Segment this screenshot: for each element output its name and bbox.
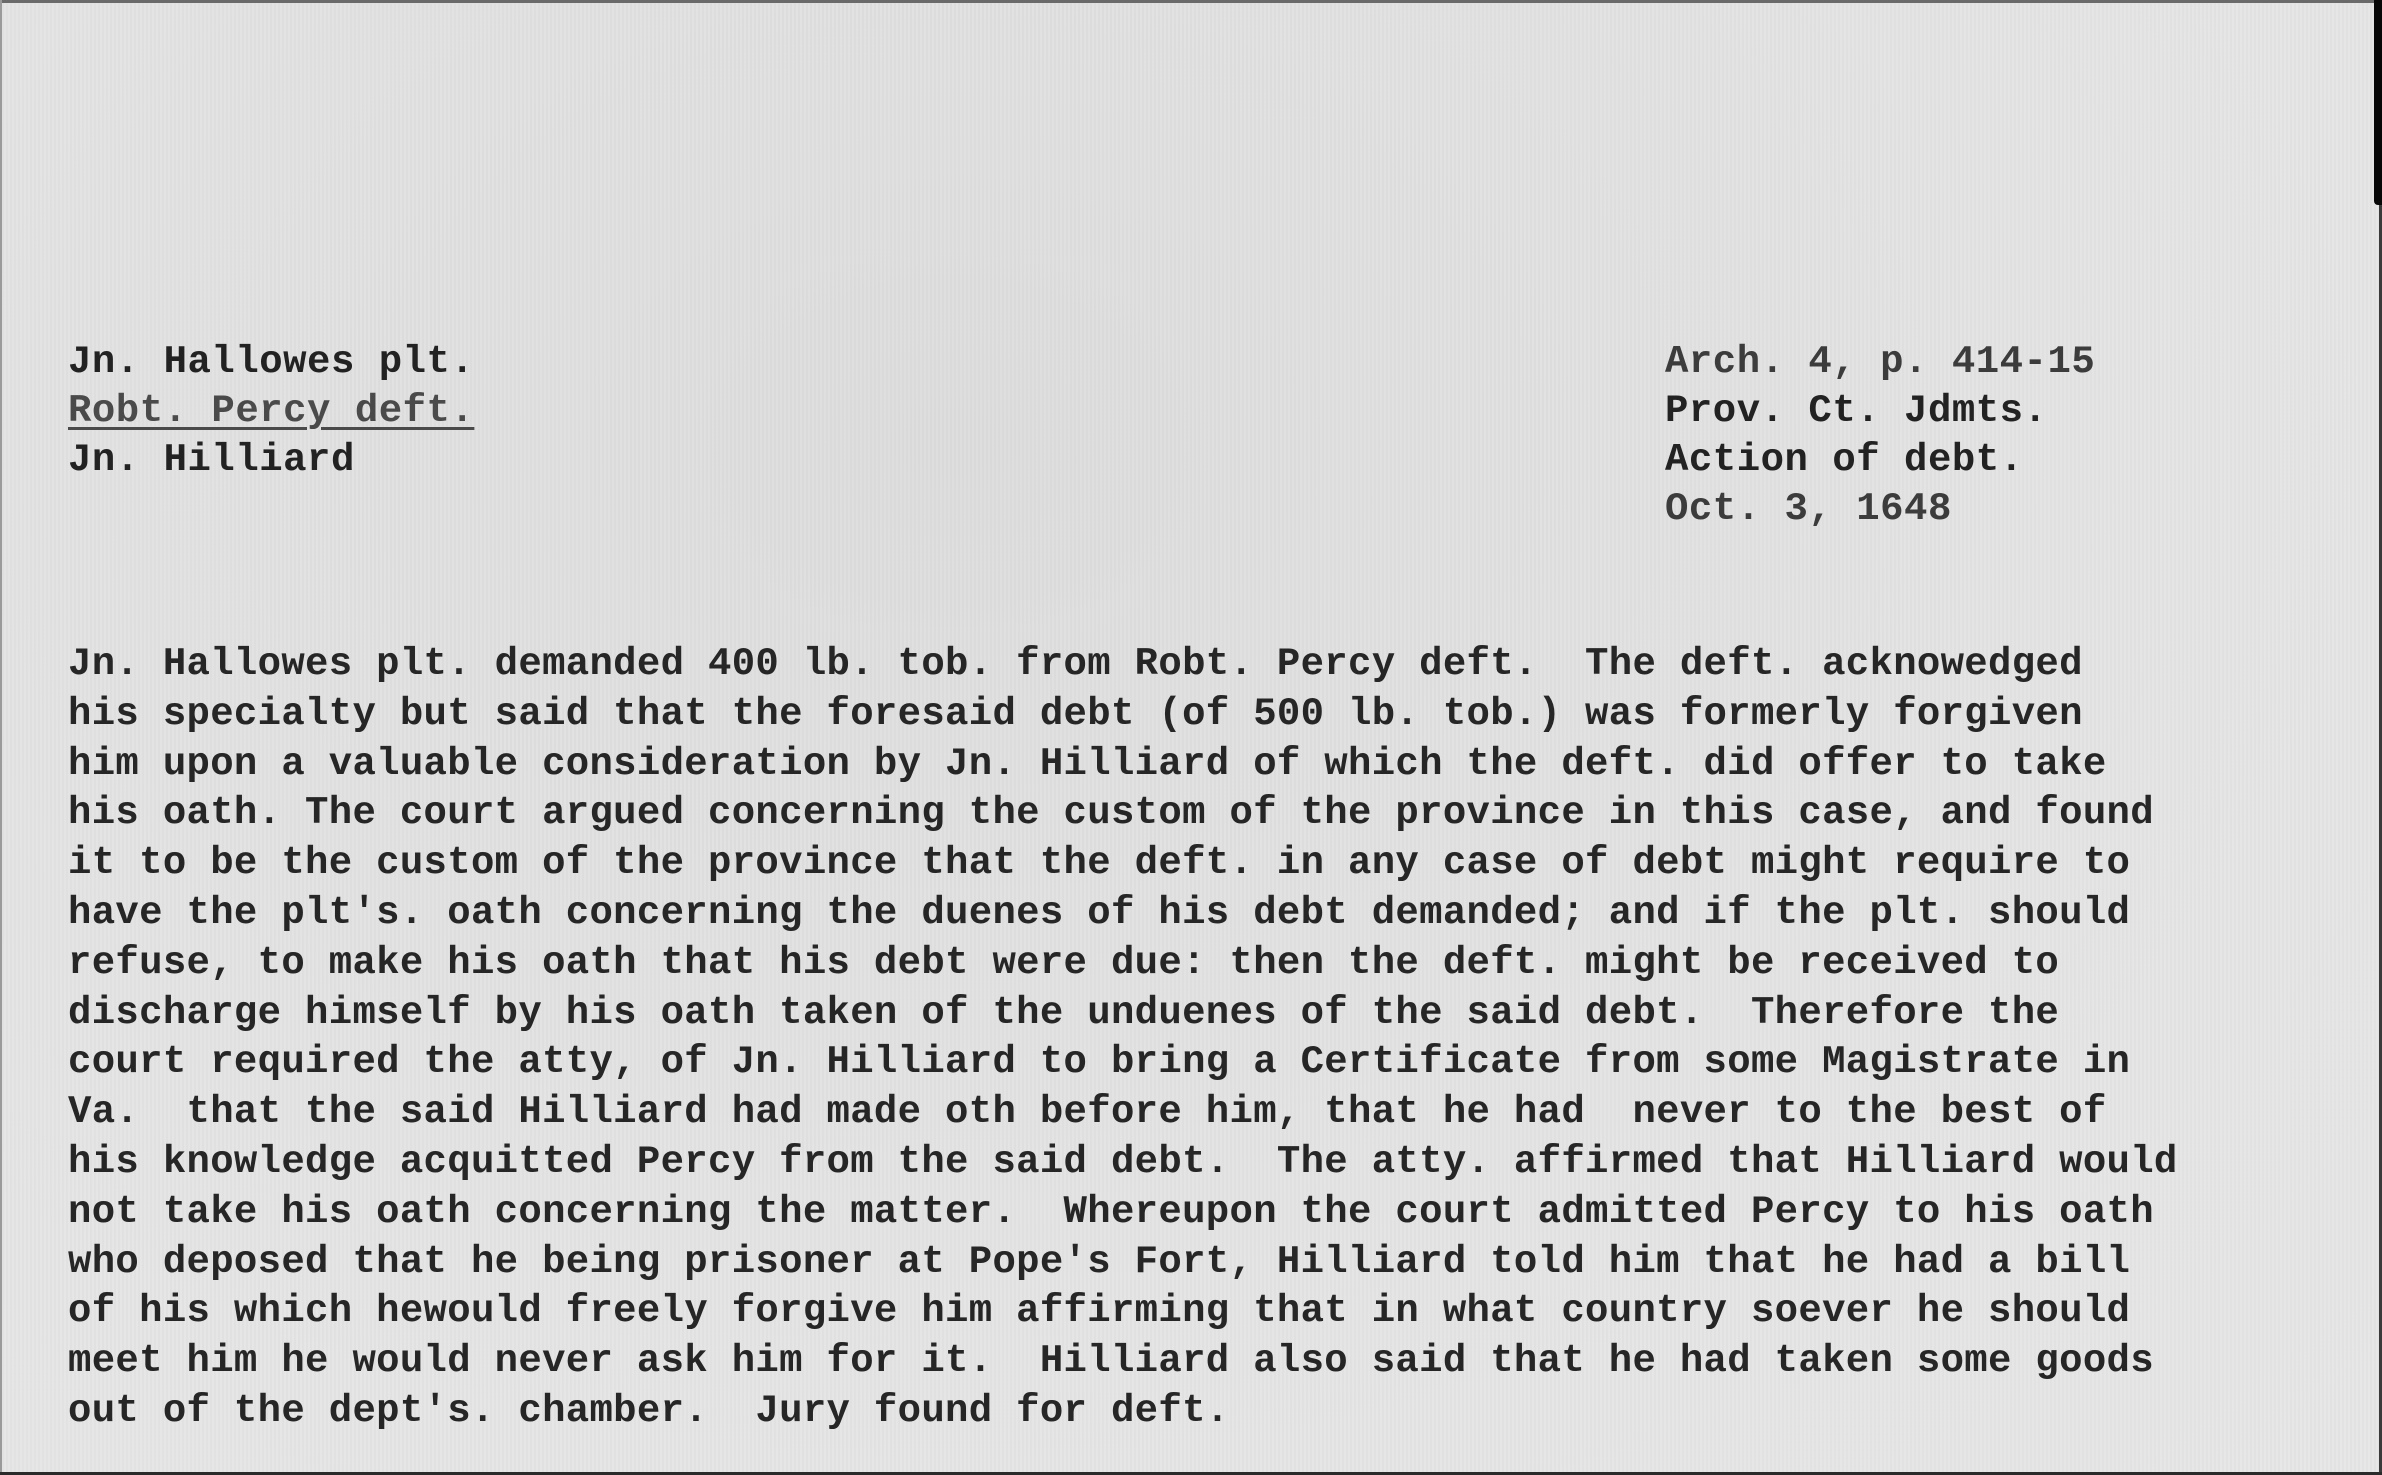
body-line: Jn. Hallowes plt. demanded 400 lb. tob. … xyxy=(68,640,2178,690)
archive-reference: Arch. 4, p. 414-15 xyxy=(1665,338,2095,387)
page-left-edge xyxy=(0,0,2,1475)
case-caption-parties: Jn. Hallowes plt. Robt. Percy deft. Jn. … xyxy=(68,338,474,485)
scan-binding-mark xyxy=(2374,0,2382,205)
court-name: Prov. Ct. Jdmts. xyxy=(1665,387,2095,436)
action-type: Action of debt. xyxy=(1665,436,2095,485)
defendant-name: Robt. Percy deft. xyxy=(68,389,474,433)
body-line: who deposed that he being prisoner at Po… xyxy=(68,1238,2178,1288)
body-line: it to be the custom of the province that… xyxy=(68,839,2178,889)
body-line: court required the atty, of Jn. Hilliard… xyxy=(68,1038,2178,1088)
body-line: refuse, to make his oath that his debt w… xyxy=(68,939,2178,989)
body-line: discharge himself by his oath taken of t… xyxy=(68,989,2178,1039)
body-line: his knowledge acquitted Percy from the s… xyxy=(68,1138,2178,1188)
case-summary-body: Jn. Hallowes plt. demanded 400 lb. tob. … xyxy=(68,640,2178,1437)
body-line: not take his oath concerning the matter.… xyxy=(68,1188,2178,1238)
defendant-line: Robt. Percy deft. xyxy=(68,387,474,436)
body-line: him upon a valuable consideration by Jn.… xyxy=(68,740,2178,790)
body-line: have the plt's. oath concerning the duen… xyxy=(68,889,2178,939)
case-date: Oct. 3, 1648 xyxy=(1665,485,2095,534)
body-line: his specialty but said that the foresaid… xyxy=(68,690,2178,740)
body-line: meet him he would never ask him for it. … xyxy=(68,1337,2178,1387)
body-line: of his which hewould freely forgive him … xyxy=(68,1287,2178,1337)
body-line: out of the dept's. chamber. Jury found f… xyxy=(68,1387,2178,1437)
third-party-line: Jn. Hilliard xyxy=(68,436,474,485)
page-top-edge xyxy=(0,0,2382,3)
case-caption-reference: Arch. 4, p. 414-15 Prov. Ct. Jdmts. Acti… xyxy=(1665,338,2095,534)
body-line: Va. that the said Hilliard had made oth … xyxy=(68,1088,2178,1138)
body-line: his oath. The court argued concerning th… xyxy=(68,789,2178,839)
plaintiff-line: Jn. Hallowes plt. xyxy=(68,338,474,387)
